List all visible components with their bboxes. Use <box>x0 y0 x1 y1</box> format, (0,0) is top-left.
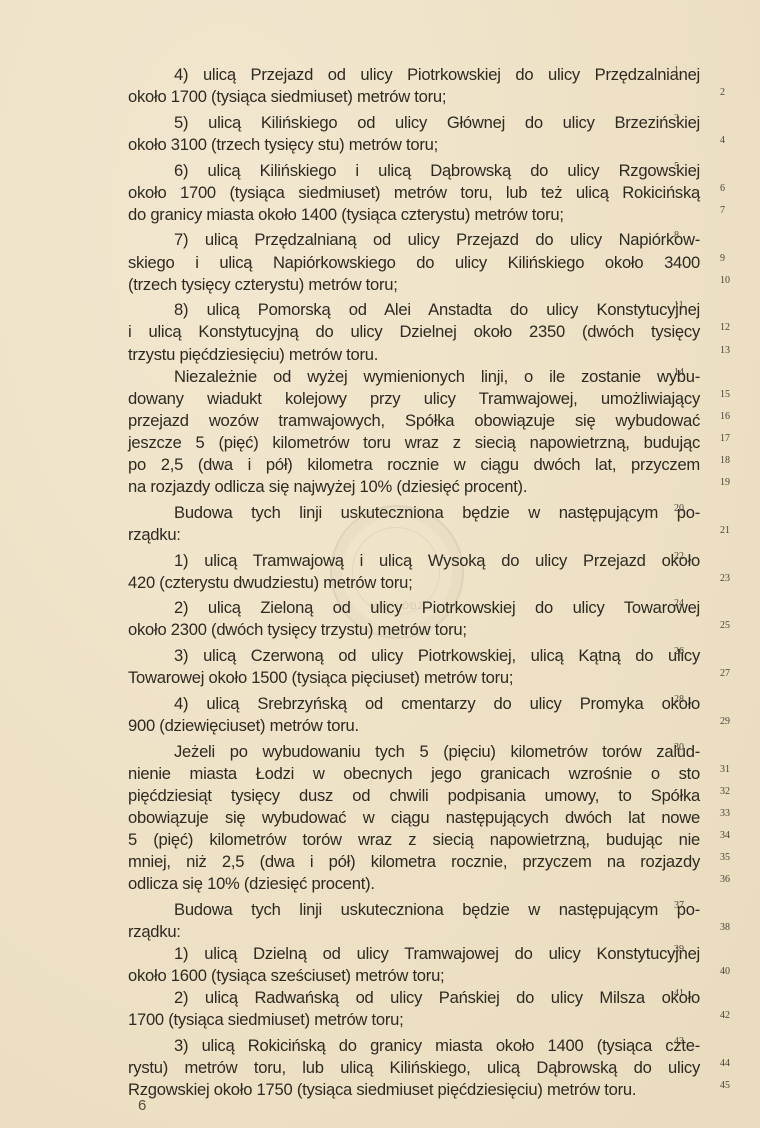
text-line: (trzech tysięcy czterystu) metrów toru;1… <box>128 274 700 296</box>
line-text: Budowa tych linji uskuteczniona będzie w… <box>174 899 700 921</box>
text-line: 1700 (tysiąca siedmiuset) metrów toru;42 <box>128 1009 700 1031</box>
text-line: 6) ulicą Kilińskiego i ulicą Dąbrowską d… <box>128 160 700 182</box>
line-text: nienie miasta Łodzi w obecnych jego gran… <box>128 763 700 785</box>
text-line: przejazd wozów tramwajowych, Spółka obow… <box>128 410 700 432</box>
text-line: pięćdziesiąt tysięcy dusz od chwili podp… <box>128 785 700 807</box>
line-number: 20 <box>674 498 684 520</box>
line-number: 39 <box>674 939 684 961</box>
line-number: 18 <box>720 450 730 472</box>
text-line: 420 (czterystu dwudziestu) metrów toru;2… <box>128 572 700 594</box>
line-number: 17 <box>720 428 730 450</box>
line-text: Rzgowskiej około 1750 (tysiąca siedmiuse… <box>128 1079 700 1101</box>
text-line: 8) ulicą Pomorską od Alei Anstadta do ul… <box>128 299 700 321</box>
text-line: po 2,5 (dwa i pół) kilometra rocznie w c… <box>128 454 700 476</box>
line-text: 420 (czterystu dwudziestu) metrów toru; <box>128 572 700 594</box>
line-number: 43 <box>674 1031 684 1053</box>
line-text: 1) ulicą Dzielną od ulicy Tramwajowej do… <box>174 943 700 965</box>
line-text: dowany wiadukt kolejowy przy ulicy Tramw… <box>128 388 700 410</box>
line-text: Towarowej około 1500 (tysiąca pięciuset)… <box>128 667 700 689</box>
line-number: 24 <box>674 593 684 615</box>
line-text: jeszcze 5 (pięć) kilometrów toru wraz z … <box>128 432 700 454</box>
line-text: 7) ulicą Przędzalnianą od ulicy Przejazd… <box>174 229 700 251</box>
line-number: 30 <box>674 737 684 759</box>
line-number: 26 <box>674 641 684 663</box>
line-text: (trzech tysięcy czterystu) metrów toru; <box>128 274 700 296</box>
body-text: 4) ulicą Przejazd od ulicy Piotrkowskiej… <box>128 64 700 1101</box>
line-number: 44 <box>720 1053 730 1075</box>
line-number: 5 <box>674 156 679 178</box>
text-line: jeszcze 5 (pięć) kilometrów toru wraz z … <box>128 432 700 454</box>
line-number: 10 <box>720 270 730 292</box>
line-number: 34 <box>720 825 730 847</box>
line-number: 16 <box>720 406 730 428</box>
text-line: 5 (pięć) kilometrów torów wraz z siecią … <box>128 829 700 851</box>
line-number: 27 <box>720 663 730 685</box>
line-number: 13 <box>720 340 730 362</box>
page-number: 6 <box>138 1097 146 1114</box>
line-text: 4) ulicą Przejazd od ulicy Piotrkowskiej… <box>174 64 700 86</box>
line-text: obowiązuje się wybudować w ciągu następu… <box>128 807 700 829</box>
text-line: 5) ulicą Kilińskiego od ulicy Głównej do… <box>128 112 700 134</box>
line-number: 45 <box>720 1075 730 1097</box>
text-line: około 1600 (tysiąca sześciuset) metrów t… <box>128 965 700 987</box>
line-text: 2) ulicą Radwańską od ulicy Pańskiej do … <box>174 987 700 1009</box>
text-line: skiego i ulicą Napiórkowskiego do ulicy … <box>128 252 700 274</box>
line-number: 25 <box>720 615 730 637</box>
line-number: 3 <box>674 108 679 130</box>
line-number: 33 <box>720 803 730 825</box>
text-line: około 3100 (trzech tysięcy stu) metrów t… <box>128 134 700 156</box>
line-number: 28 <box>674 689 684 711</box>
line-text: pięćdziesiąt tysięcy dusz od chwili podp… <box>128 785 700 807</box>
text-line: około 1700 (tysiąca siedmiuset) metrów t… <box>128 86 700 108</box>
text-line: odlicza się 10% (dziesięć procent).36 <box>128 873 700 895</box>
text-line: nienie miasta Łodzi w obecnych jego gran… <box>128 763 700 785</box>
text-line: trzystu pięćdziesięciu) metrów toru.13 <box>128 344 700 366</box>
line-text: 2) ulicą Zieloną od ulicy Piotrkowskiej … <box>174 597 700 619</box>
text-line: na rozjazdy odlicza się najwyżej 10% (dz… <box>128 476 700 498</box>
line-number: 14 <box>674 362 684 384</box>
text-line: około 2300 (dwóch tysięcy trzystu) metró… <box>128 619 700 641</box>
line-number: 11 <box>674 295 684 317</box>
text-line: Jeżeli po wybudowaniu tych 5 (pięciu) ki… <box>128 741 700 763</box>
line-number: 4 <box>720 130 725 152</box>
line-text: do granicy miasta około 1400 (tysiąca cz… <box>128 204 700 226</box>
text-line: obowiązuje się wybudować w ciągu następu… <box>128 807 700 829</box>
line-text: około 1700 (tysiąca siedmiuset) metrów t… <box>128 86 700 108</box>
text-line: 3) ulicą Rokicińską do granicy miasta ok… <box>128 1035 700 1057</box>
line-number: 8 <box>674 225 679 247</box>
line-number: 12 <box>720 317 730 339</box>
line-text: rystu) metrów toru, lub ulicą Kilińskieg… <box>128 1057 700 1079</box>
text-line: Budowa tych linji uskuteczniona będzie w… <box>128 502 700 524</box>
text-line: 7) ulicą Przędzalnianą od ulicy Przejazd… <box>128 229 700 251</box>
line-number: 32 <box>720 781 730 803</box>
line-number: 38 <box>720 917 730 939</box>
line-text: 1700 (tysiąca siedmiuset) metrów toru; <box>128 1009 700 1031</box>
line-number: 6 <box>720 178 725 200</box>
line-text: 3) ulicą Czerwoną od ulicy Piotrkowskiej… <box>174 645 700 667</box>
line-number: 21 <box>720 520 730 542</box>
line-text: 900 (dziewięciuset) metrów toru. <box>128 715 700 737</box>
text-line: 1) ulicą Dzielną od ulicy Tramwajowej do… <box>128 943 700 965</box>
line-number: 2 <box>720 82 725 104</box>
line-text: około 2300 (dwóch tysięcy trzystu) metró… <box>128 619 700 641</box>
line-text: rządku: <box>128 921 700 943</box>
line-text: 5 (pięć) kilometrów torów wraz z siecią … <box>128 829 700 851</box>
line-number: 22 <box>674 546 684 568</box>
text-line: rządku:38 <box>128 921 700 943</box>
text-line: dowany wiadukt kolejowy przy ulicy Tramw… <box>128 388 700 410</box>
text-line: do granicy miasta około 1400 (tysiąca cz… <box>128 204 700 226</box>
line-text: mniej, niż 2,5 (dwa i pół) kilometra roc… <box>128 851 700 873</box>
document-page: MPK ŁÓDŹ 4) ulicą Przejazd od ulicy Piot… <box>0 0 760 1128</box>
line-number: 37 <box>674 895 684 917</box>
line-number: 1 <box>674 60 679 82</box>
text-line: rządku:21 <box>128 524 700 546</box>
line-text: rządku: <box>128 524 700 546</box>
text-line: rystu) metrów toru, lub ulicą Kilińskieg… <box>128 1057 700 1079</box>
line-text: Jeżeli po wybudowaniu tych 5 (pięciu) ki… <box>174 741 700 763</box>
line-text: 8) ulicą Pomorską od Alei Anstadta do ul… <box>174 299 700 321</box>
line-text: około 3100 (trzech tysięcy stu) metrów t… <box>128 134 700 156</box>
line-text: 5) ulicą Kilińskiego od ulicy Głównej do… <box>174 112 700 134</box>
line-text: 1) ulicą Tramwajową i ulicą Wysoką do ul… <box>174 550 700 572</box>
line-text: na rozjazdy odlicza się najwyżej 10% (dz… <box>128 476 700 498</box>
line-number: 42 <box>720 1005 730 1027</box>
text-line: około 1700 (tysiąca siedmiuset) metrów t… <box>128 182 700 204</box>
line-number: 31 <box>720 759 730 781</box>
line-number: 9 <box>720 248 725 270</box>
line-text: Budowa tych linji uskuteczniona będzie w… <box>174 502 700 524</box>
line-number: 15 <box>720 384 730 406</box>
text-line: 2) ulicą Radwańską od ulicy Pańskiej do … <box>128 987 700 1009</box>
line-text: trzystu pięćdziesięciu) metrów toru. <box>128 344 700 366</box>
text-line: Niezależnie od wyżej wymienionych linji,… <box>128 366 700 388</box>
line-number: 40 <box>720 961 730 983</box>
text-line: Rzgowskiej około 1750 (tysiąca siedmiuse… <box>128 1079 700 1101</box>
line-text: po 2,5 (dwa i pół) kilometra rocznie w c… <box>128 454 700 476</box>
text-line: 3) ulicą Czerwoną od ulicy Piotrkowskiej… <box>128 645 700 667</box>
text-line: i ulicą Konstytucyjną do ulicy Dzielnej … <box>128 321 700 343</box>
text-line: 4) ulicą Przejazd od ulicy Piotrkowskiej… <box>128 64 700 86</box>
text-line: 900 (dziewięciuset) metrów toru.29 <box>128 715 700 737</box>
line-number: 7 <box>720 200 725 222</box>
line-text: około 1600 (tysiąca sześciuset) metrów t… <box>128 965 700 987</box>
line-text: 4) ulicą Srebrzyńską od cmentarzy do uli… <box>174 693 700 715</box>
line-number: 35 <box>720 847 730 869</box>
line-text: około 1700 (tysiąca siedmiuset) metrów t… <box>128 182 700 204</box>
line-text: 3) ulicą Rokicińską do granicy miasta ok… <box>174 1035 700 1057</box>
line-number: 19 <box>720 472 730 494</box>
line-number: 41 <box>674 983 684 1005</box>
line-text: skiego i ulicą Napiórkowskiego do ulicy … <box>128 252 700 274</box>
text-line: 2) ulicą Zieloną od ulicy Piotrkowskiej … <box>128 597 700 619</box>
line-text: Niezależnie od wyżej wymienionych linji,… <box>174 366 700 388</box>
line-text: przejazd wozów tramwajowych, Spółka obow… <box>128 410 700 432</box>
line-text: i ulicą Konstytucyjną do ulicy Dzielnej … <box>128 321 700 343</box>
line-text: odlicza się 10% (dziesięć procent). <box>128 873 700 895</box>
line-number: 29 <box>720 711 730 733</box>
text-line: 4) ulicą Srebrzyńską od cmentarzy do uli… <box>128 693 700 715</box>
text-line: mniej, niż 2,5 (dwa i pół) kilometra roc… <box>128 851 700 873</box>
text-line: Towarowej około 1500 (tysiąca pięciuset)… <box>128 667 700 689</box>
line-number: 36 <box>720 869 730 891</box>
text-line: Budowa tych linji uskuteczniona będzie w… <box>128 899 700 921</box>
text-line: 1) ulicą Tramwajową i ulicą Wysoką do ul… <box>128 550 700 572</box>
line-text: 6) ulicą Kilińskiego i ulicą Dąbrowską d… <box>174 160 700 182</box>
line-number: 23 <box>720 568 730 590</box>
